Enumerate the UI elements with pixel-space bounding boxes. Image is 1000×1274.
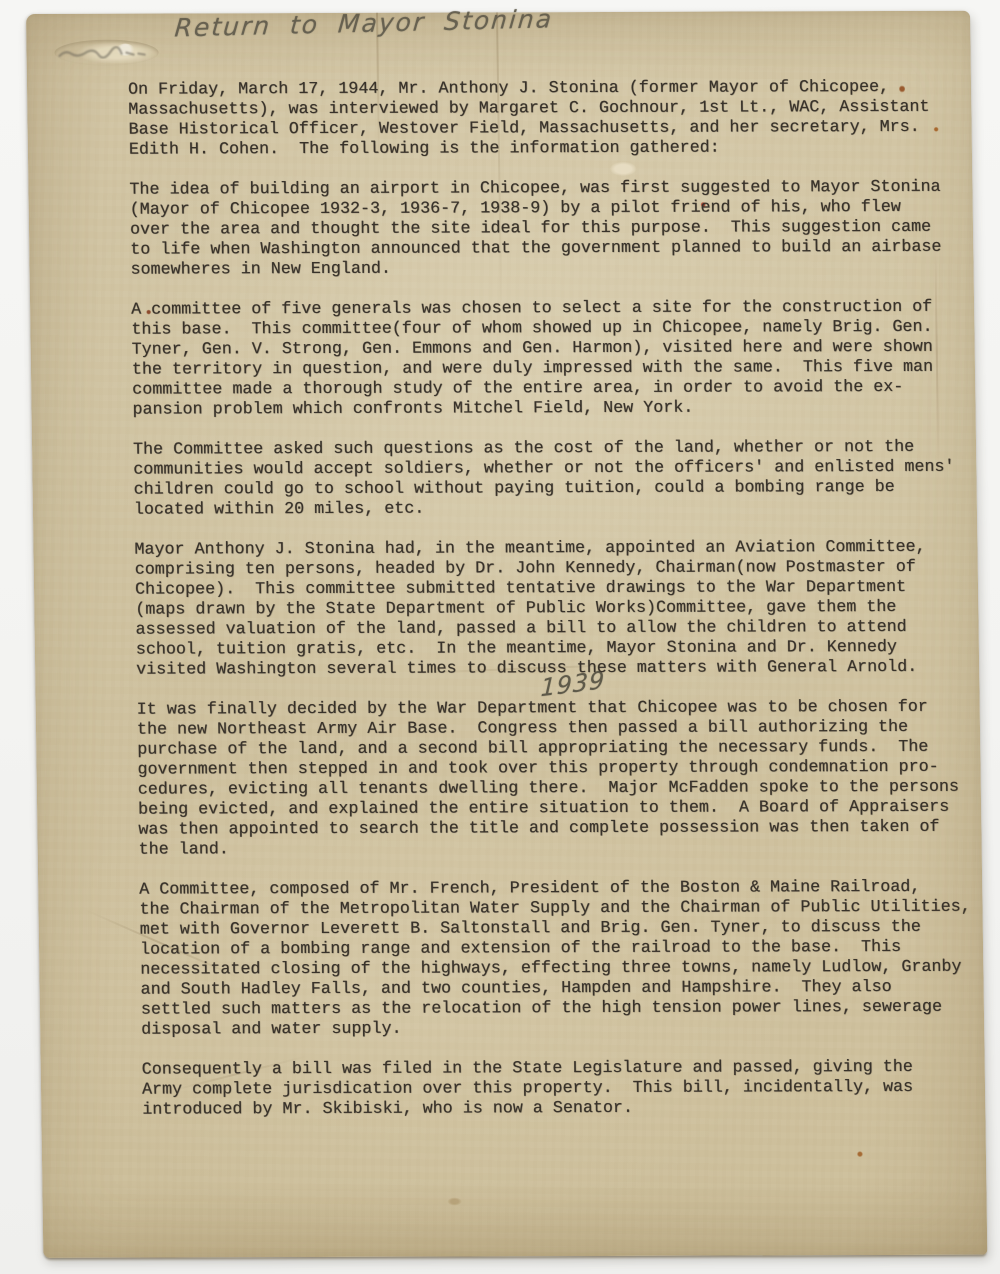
typed-paragraph-1: On Friday, March 17, 1944, Mr. Anthony J…: [128, 78, 975, 161]
typed-paragraph-5: Mayor Anthony J. Stonina had, in the mea…: [134, 538, 982, 681]
typed-paragraph-8: Consequently a bill was filed in the Sta…: [142, 1058, 989, 1121]
paper-damage-patch: [54, 40, 158, 66]
handwritten-return-note: Return to Mayor Stonina: [173, 3, 595, 42]
typed-paragraph-2: The idea of building an airport in Chico…: [129, 178, 976, 281]
document-page: Return to Mayor Stonina 1939 On Friday, …: [26, 11, 987, 1258]
pencil-smudge-mark: [56, 44, 152, 64]
eraser-spot: [116, 44, 134, 56]
typed-paragraph-7: A Committee, composed of Mr. French, Pre…: [139, 878, 987, 1041]
typed-paragraph-6: It was finally decided by the War Depart…: [137, 698, 985, 861]
paper-stain: [857, 1151, 863, 1157]
paper-stain: [448, 1197, 462, 1205]
typed-paragraph-4: The Committee asked such questions as th…: [133, 438, 980, 521]
scanned-document: Return to Mayor Stonina 1939 On Friday, …: [0, 0, 1000, 1274]
typed-text-block: On Friday, March 17, 1944, Mr. Anthony J…: [128, 78, 989, 1121]
typed-paragraph-3: A committee of five generals was chosen …: [131, 298, 979, 421]
